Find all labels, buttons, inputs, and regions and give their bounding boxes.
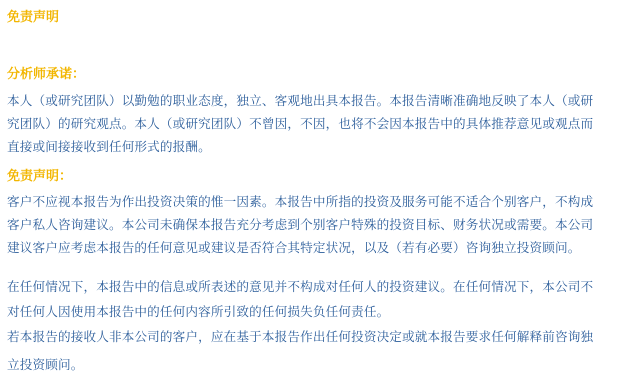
commitment-line: 本人（或研究团队）以勤勉的职业态度，独立、客观地出具本报告。本报告清晰准确地反映… bbox=[7, 90, 593, 109]
disclaimer-line: 建议客户应考虑本报告的任何意见或建议是否符合其特定状况，以及（若有必要）咨询独立… bbox=[7, 237, 580, 256]
disclaimer-line: 对任何人因使用本报告中的任何内容所引致的任何损失负任何责任。 bbox=[7, 301, 389, 320]
disclaimer-line: 立投资顾问。 bbox=[7, 354, 83, 373]
page-title: 免责声明 bbox=[7, 6, 59, 25]
disclaimer-line: 若本报告的接收人非本公司的客户，应在基于本报告作出任何投资决定或就本报告要求任何… bbox=[7, 326, 593, 345]
commitment-line: 直接或间接接收到任何形式的报酬。 bbox=[7, 136, 211, 155]
disclaimer-line: 客户私人咨询建议。本公司未确保本报告充分考虑到个别客户特殊的投资目标、财务状况或… bbox=[7, 214, 593, 233]
disclaimer-line: 客户不应视本报告为作出投资决策的惟一因素。本报告中所指的投资及服务可能不适合个别… bbox=[7, 191, 593, 210]
commitment-line: 究团队）的研究观点。本人（或研究团队）不曾因，不因，也将不会因本报告中的具体推荐… bbox=[7, 113, 593, 132]
analyst-commitment-heading: 分析师承诺： bbox=[7, 63, 85, 82]
disclaimer-heading: 免责声明： bbox=[7, 165, 72, 184]
disclaimer-line: 在任何情况下，本报告中的信息或所表述的意见并不构成对任何人的投资建议。在任何情况… bbox=[7, 276, 593, 295]
